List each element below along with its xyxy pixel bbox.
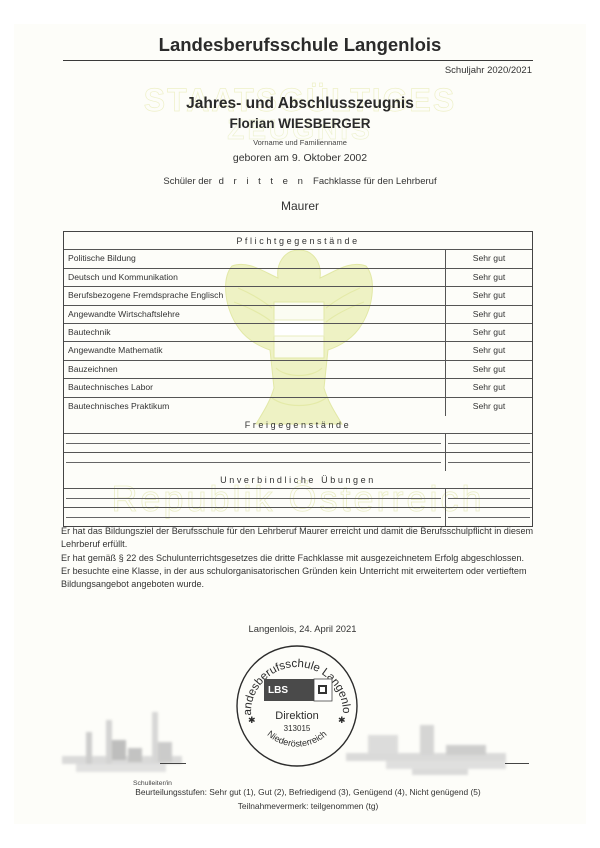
blank-subject-cell xyxy=(64,489,446,506)
subject-grade: Sehr gut xyxy=(446,250,532,267)
optional-exercises-header: Unverbindliche Übungen xyxy=(64,471,532,489)
teacher-signature-line xyxy=(505,763,529,764)
elective-subjects-header: Freigegenstände xyxy=(64,416,532,434)
blank-grade-cell xyxy=(446,508,532,526)
elective-blank-row xyxy=(64,453,532,471)
strike-line xyxy=(448,462,530,463)
strike-line xyxy=(66,443,441,444)
subject-name: Bautechnisches Labor xyxy=(64,379,446,396)
table-row: Bautechnisches PraktikumSehr gut xyxy=(64,398,532,416)
table-row: BauzeichnenSehr gut xyxy=(64,361,532,379)
principal-signature-line xyxy=(160,763,186,764)
class-line: Schüler der d r i t t e n Fachklasse für… xyxy=(0,176,600,187)
certificate-title: Jahres- und Abschlusszeugnis xyxy=(0,95,600,113)
student-name: Florian WIESBERGER xyxy=(0,116,600,131)
subject-name: Deutsch und Kommunikation xyxy=(64,269,446,286)
strike-line xyxy=(66,498,441,499)
compulsory-subjects-header: Pflichtgegenstände xyxy=(64,232,532,250)
subject-grade: Sehr gut xyxy=(446,306,532,323)
strike-line xyxy=(448,443,530,444)
strike-line xyxy=(448,498,530,499)
header-divider xyxy=(63,60,533,61)
strike-line xyxy=(66,517,441,518)
table-row: Deutsch und KommunikationSehr gut xyxy=(64,269,532,287)
statement-success: Er hat gemäß § 22 des Schulunterrichtsge… xyxy=(61,552,541,565)
subject-name: Angewandte Wirtschaftslehre xyxy=(64,306,446,323)
principal-signature-redacted xyxy=(62,712,182,776)
birth-date: geboren am 9. Oktober 2002 xyxy=(0,152,600,164)
subject-grade: Sehr gut xyxy=(446,398,532,416)
subject-name: Bautechnisches Praktikum xyxy=(64,398,446,416)
svg-text:Direktion: Direktion xyxy=(275,710,318,722)
table-row: Angewandte WirtschaftslehreSehr gut xyxy=(64,306,532,324)
elective-rows xyxy=(64,434,532,471)
class-prefix: Schüler der xyxy=(163,176,212,187)
blank-subject-cell xyxy=(64,508,446,526)
teacher-signature-redacted xyxy=(346,725,516,775)
subject-grade: Sehr gut xyxy=(446,269,532,286)
statement-class-type: Er besuchte eine Klasse, in der aus schu… xyxy=(61,565,541,592)
table-row: Bautechnisches LaborSehr gut xyxy=(64,379,532,397)
subject-name: Angewandte Mathematik xyxy=(64,342,446,359)
principal-caption: Schulleiter/in xyxy=(133,780,172,787)
table-row: BautechnikSehr gut xyxy=(64,324,532,342)
blank-subject-cell xyxy=(64,453,446,471)
subject-grade: Sehr gut xyxy=(446,287,532,304)
subject-rows: Politische BildungSehr gutDeutsch und Ko… xyxy=(64,250,532,416)
svg-text:LBS: LBS xyxy=(268,685,288,696)
participation-note: Teilnahmevermerk: teilgenommen (tg) xyxy=(0,801,600,811)
school-stamp-icon: Landesberufsschule Langenlois Niederöste… xyxy=(234,643,360,769)
subject-grade: Sehr gut xyxy=(446,379,532,396)
optional-rows xyxy=(64,489,532,526)
profession: Maurer xyxy=(0,199,600,213)
blank-grade-cell xyxy=(446,489,532,506)
class-suffix: Fachklasse für den Lehrberuf xyxy=(313,176,437,187)
optional-blank-row xyxy=(64,489,532,507)
subject-name: Berufsbezogene Fremdsprache Englisch xyxy=(64,287,446,304)
school-year: Schuljahr 2020/2021 xyxy=(445,65,532,76)
strike-line xyxy=(448,517,530,518)
grading-scale: Beurteilungsstufen: Sehr gut (1), Gut (2… xyxy=(0,787,600,797)
grades-table: Pflichtgegenstände Politische BildungSeh… xyxy=(63,231,533,527)
blank-grade-cell xyxy=(446,434,532,451)
subject-grade: Sehr gut xyxy=(446,342,532,359)
strike-line xyxy=(66,462,441,463)
statement-block: Er hat das Bildungsziel der Berufsschule… xyxy=(61,525,541,591)
subject-grade: Sehr gut xyxy=(446,324,532,341)
elective-blank-row xyxy=(64,434,532,452)
subject-name: Politische Bildung xyxy=(64,250,446,267)
school-name-heading: Landesberufsschule Langenlois xyxy=(0,34,600,56)
subject-grade: Sehr gut xyxy=(446,361,532,378)
optional-blank-row xyxy=(64,508,532,526)
svg-text:✱: ✱ xyxy=(248,715,256,725)
table-row: Angewandte MathematikSehr gut xyxy=(64,342,532,360)
name-caption: Vorname und Familienname xyxy=(0,138,600,147)
blank-grade-cell xyxy=(446,453,532,471)
place-date: Langenlois, 24. April 2021 xyxy=(0,623,600,634)
table-row: Berufsbezogene Fremdsprache EnglischSehr… xyxy=(64,287,532,305)
svg-text:313015: 313015 xyxy=(284,724,311,733)
blank-subject-cell xyxy=(64,434,446,451)
svg-text:✱: ✱ xyxy=(338,715,346,725)
statement-education-goal: Er hat das Bildungsziel der Berufsschule… xyxy=(61,525,541,552)
subject-name: Bautechnik xyxy=(64,324,446,341)
table-row: Politische BildungSehr gut xyxy=(64,250,532,268)
class-ordinal: d r i t t e n xyxy=(219,176,307,187)
subject-name: Bauzeichnen xyxy=(64,361,446,378)
